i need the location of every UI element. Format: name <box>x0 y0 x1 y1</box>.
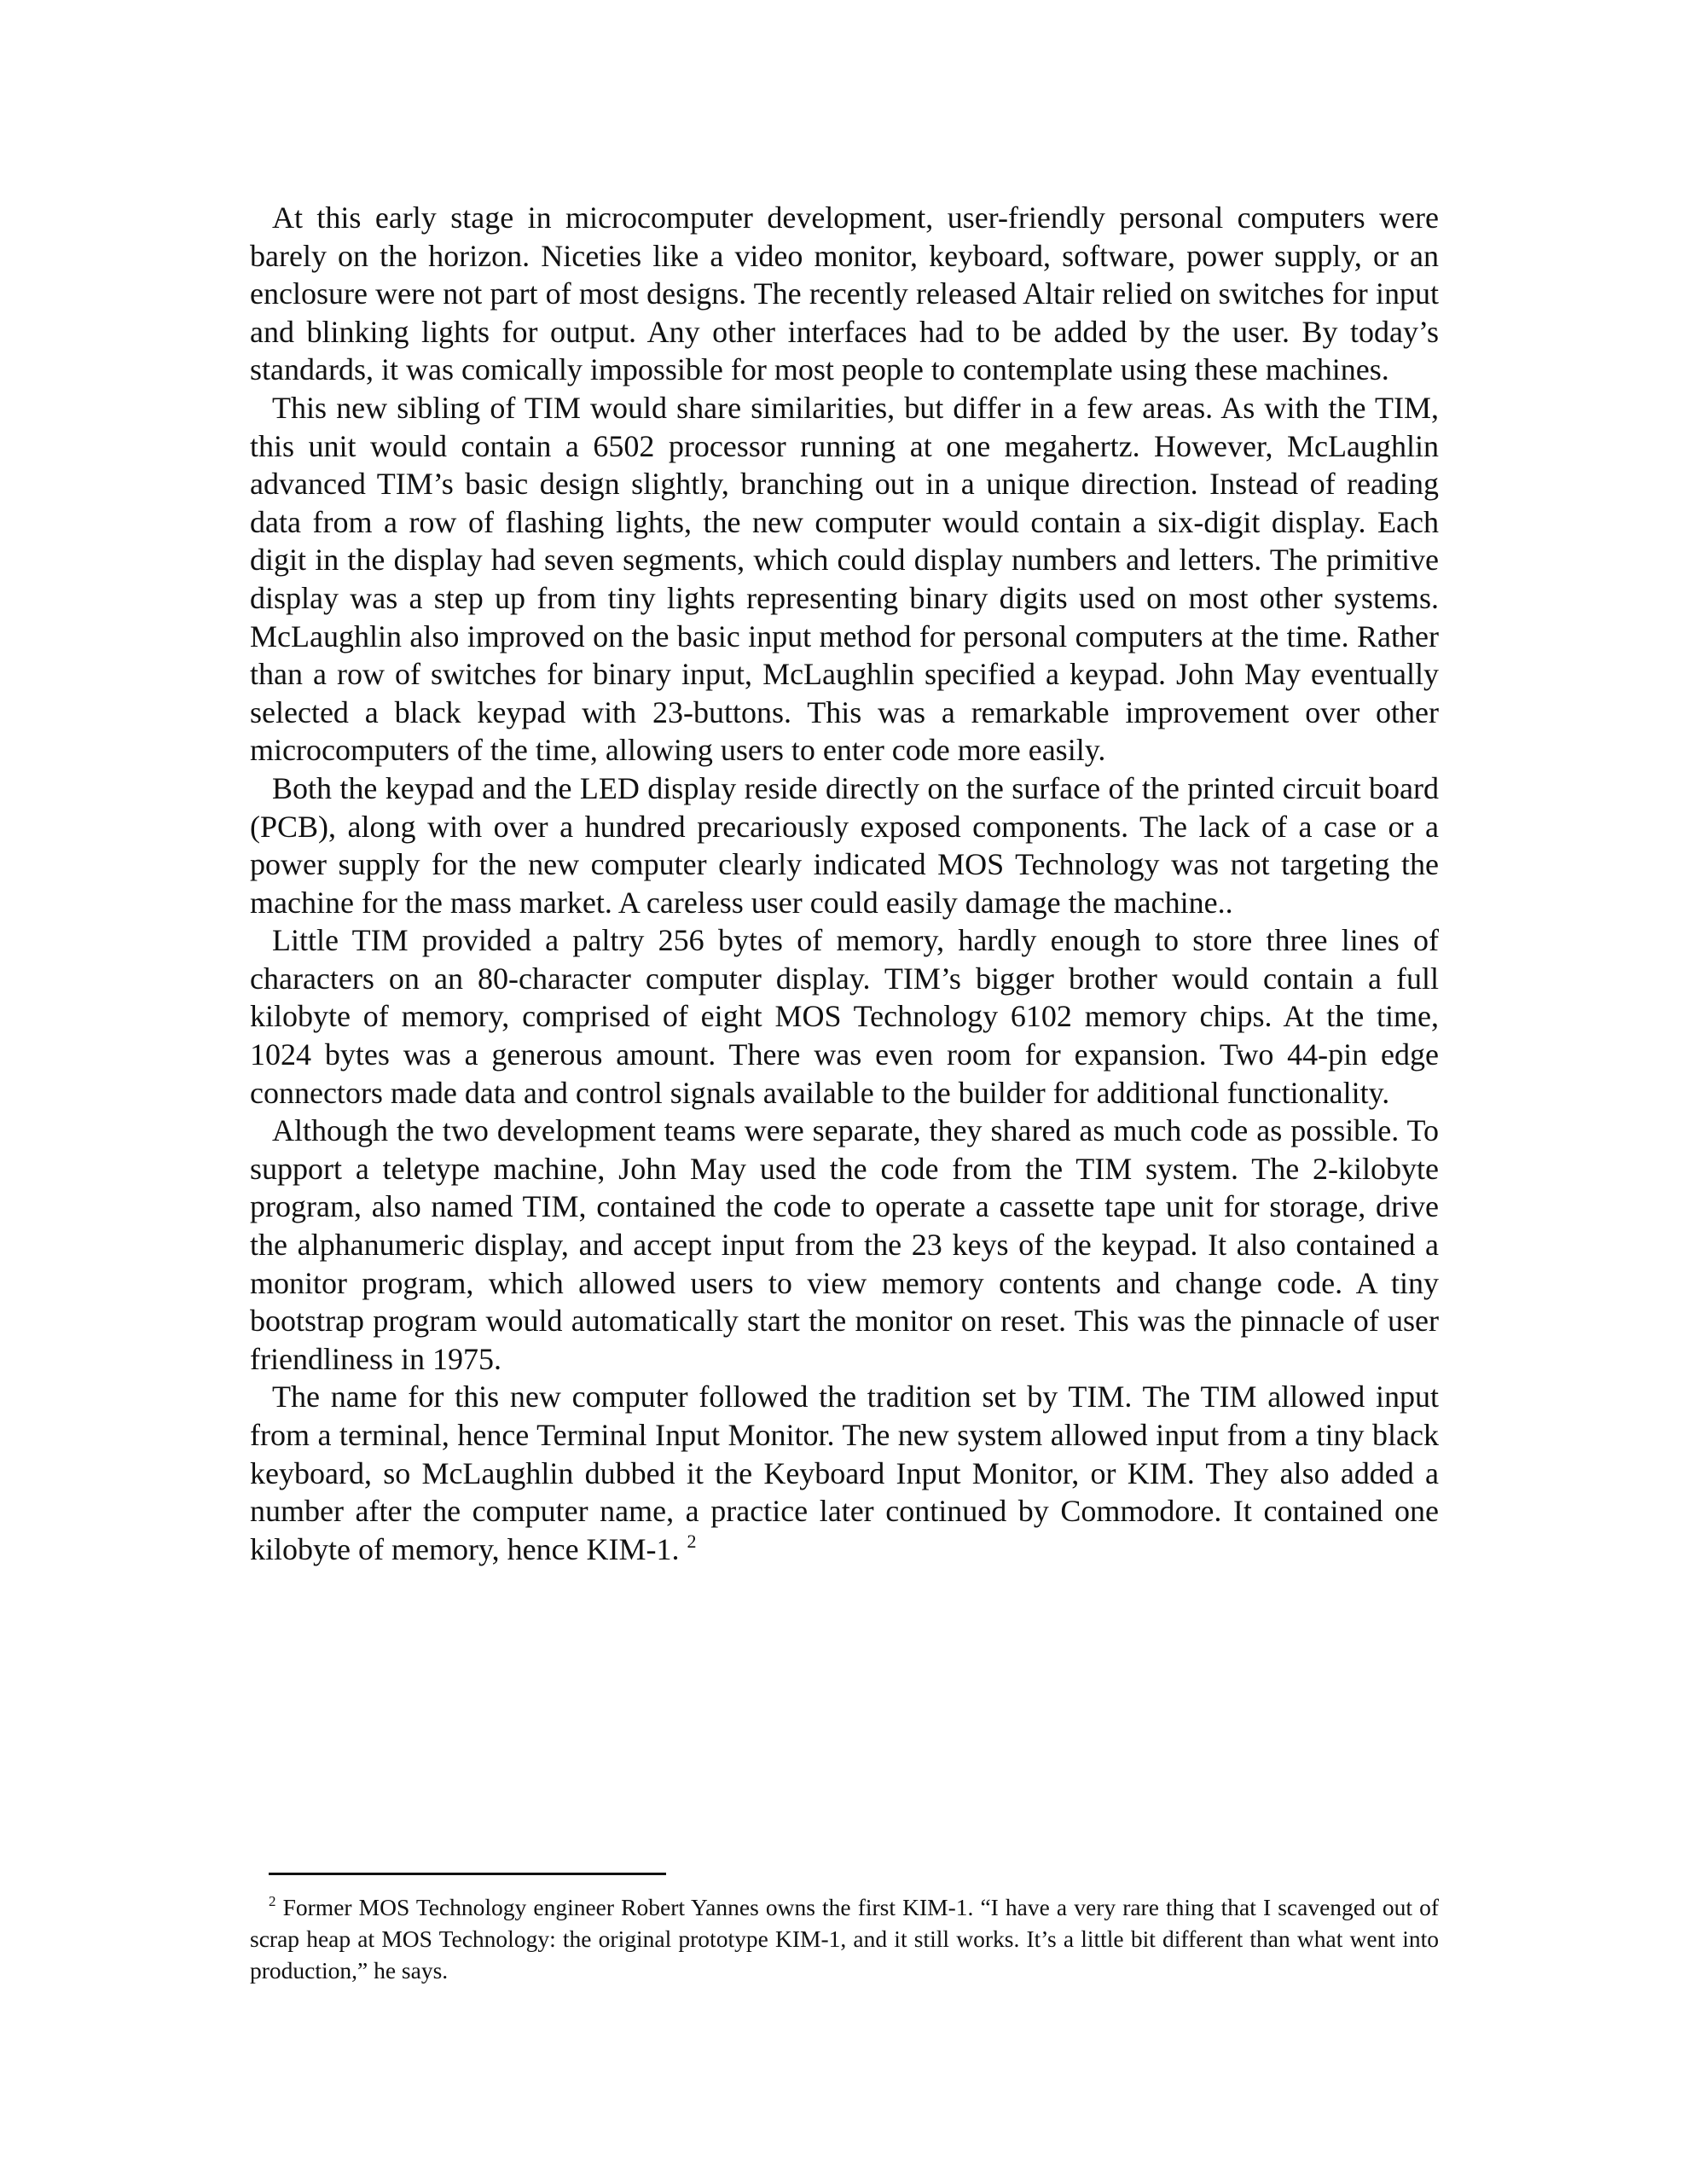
document-page: At this early stage in microcomputer dev… <box>0 0 1687 2184</box>
paragraph-text: At this early stage in microcomputer dev… <box>250 200 1439 386</box>
paragraph: Although the two development teams were … <box>250 1112 1439 1378</box>
body-text: At this early stage in microcomputer dev… <box>250 199 1439 1568</box>
paragraph: This new sibling of TIM would share simi… <box>250 389 1439 770</box>
footnotes: 2 Former MOS Technology engineer Robert … <box>250 1892 1439 1986</box>
footnote-mark: 2 <box>269 1893 276 1909</box>
paragraph-text: Although the two development teams were … <box>250 1113 1439 1376</box>
footnote-separator <box>269 1873 666 1875</box>
paragraph-text: Little TIM provided a paltry 256 bytes o… <box>250 923 1439 1109</box>
footnote: 2 Former MOS Technology engineer Robert … <box>250 1892 1439 1986</box>
footnote-reference[interactable]: 2 <box>687 1531 697 1552</box>
footnote-text: Former MOS Technology engineer Robert Ya… <box>250 1894 1439 1984</box>
paragraph: Little TIM provided a paltry 256 bytes o… <box>250 921 1439 1112</box>
paragraph: Both the keypad and the LED display resi… <box>250 770 1439 921</box>
paragraph-text: Both the keypad and the LED display resi… <box>250 771 1439 920</box>
paragraph: The name for this new computer followed … <box>250 1378 1439 1568</box>
paragraph: At this early stage in microcomputer dev… <box>250 199 1439 389</box>
paragraph-text: The name for this new computer followed … <box>250 1380 1439 1565</box>
paragraph-text: This new sibling of TIM would share simi… <box>250 391 1439 767</box>
